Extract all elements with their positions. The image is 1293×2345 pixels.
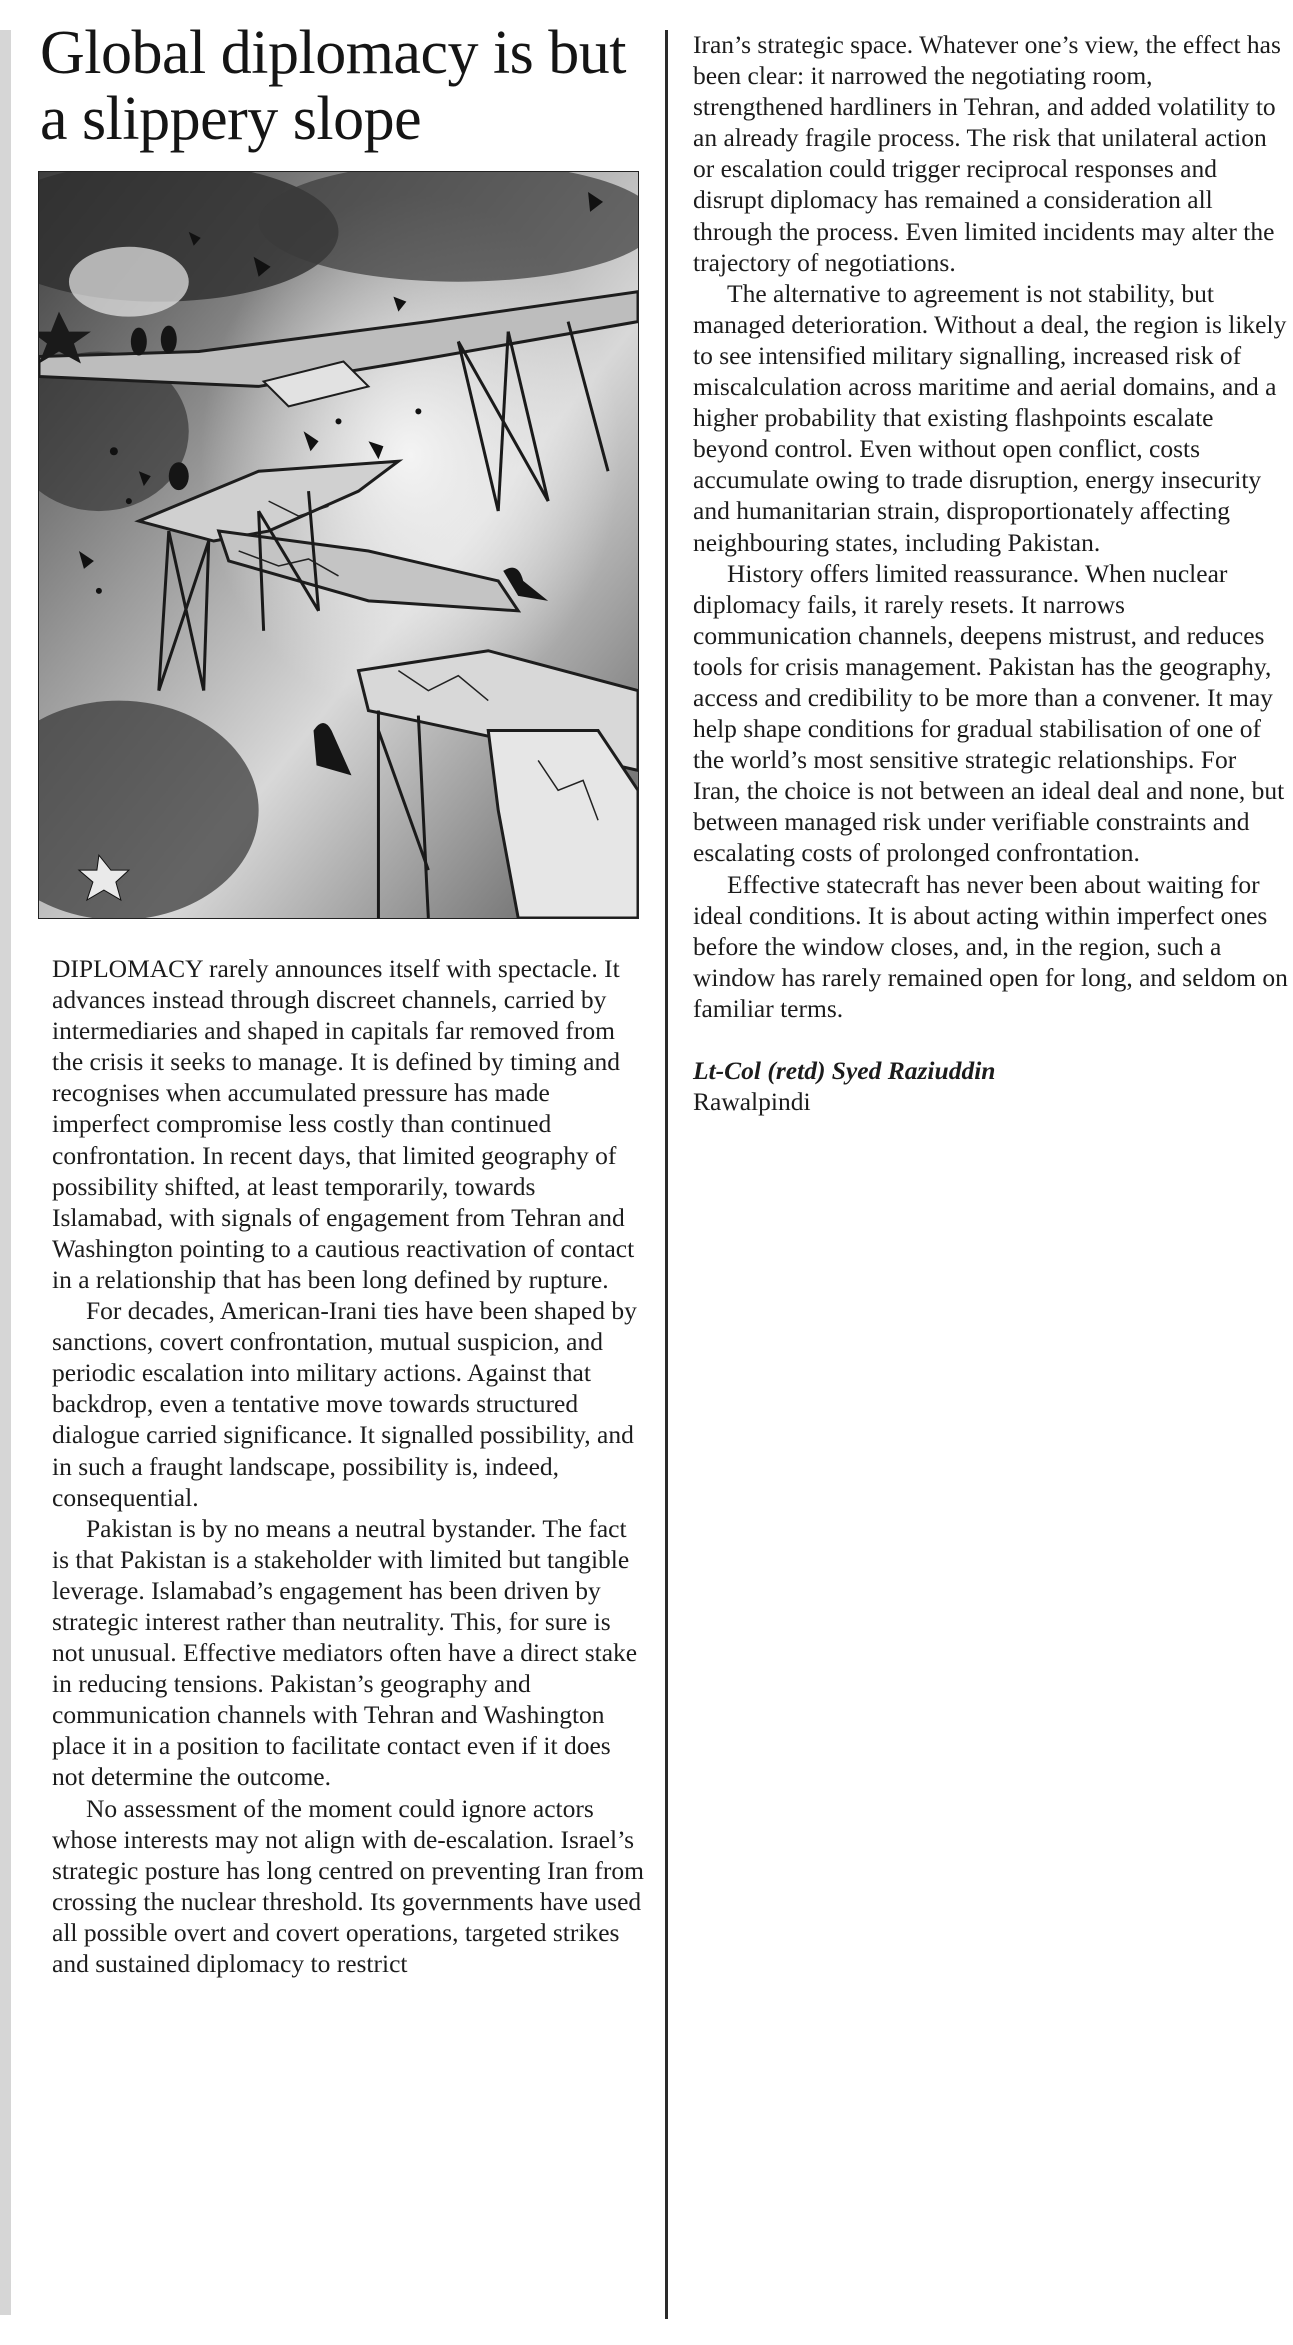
article-column-1: DIPLOMACY rarely announces itself with s… [52,953,644,1979]
paragraph-3: Pakistan is by no means a neutral bystan… [52,1513,644,1793]
paragraph-6: History offers limited reassurance. When… [693,558,1289,869]
author-location: Rawalpindi [693,1086,1289,1117]
paragraph-2: For decades, American-Irani ties have be… [52,1295,644,1513]
page-margin-bar [0,30,11,2315]
illustration-icon [39,172,638,918]
author-name: Lt-Col (retd) Syed Raziuddin [693,1055,1289,1086]
paragraph-1: DIPLOMACY rarely announces itself with s… [52,953,644,1295]
paragraph-5: The alternative to agreement is not stab… [693,278,1289,558]
article-column-2: Iran’s strategic space. Whatever one’s v… [693,29,1289,1117]
paragraph-4: No assessment of the moment could ignore… [52,1793,644,1980]
paragraph-7: Effective statecraft has never been abou… [693,869,1289,1024]
signoff: Lt-Col (retd) Syed Raziuddin Rawalpindi [693,1055,1289,1117]
column-divider [665,30,668,2319]
paragraph-4-continued: Iran’s strategic space. Whatever one’s v… [693,29,1289,278]
illustration-image [38,171,639,919]
headline: Global diplomacy is but a slippery slope [40,20,640,152]
